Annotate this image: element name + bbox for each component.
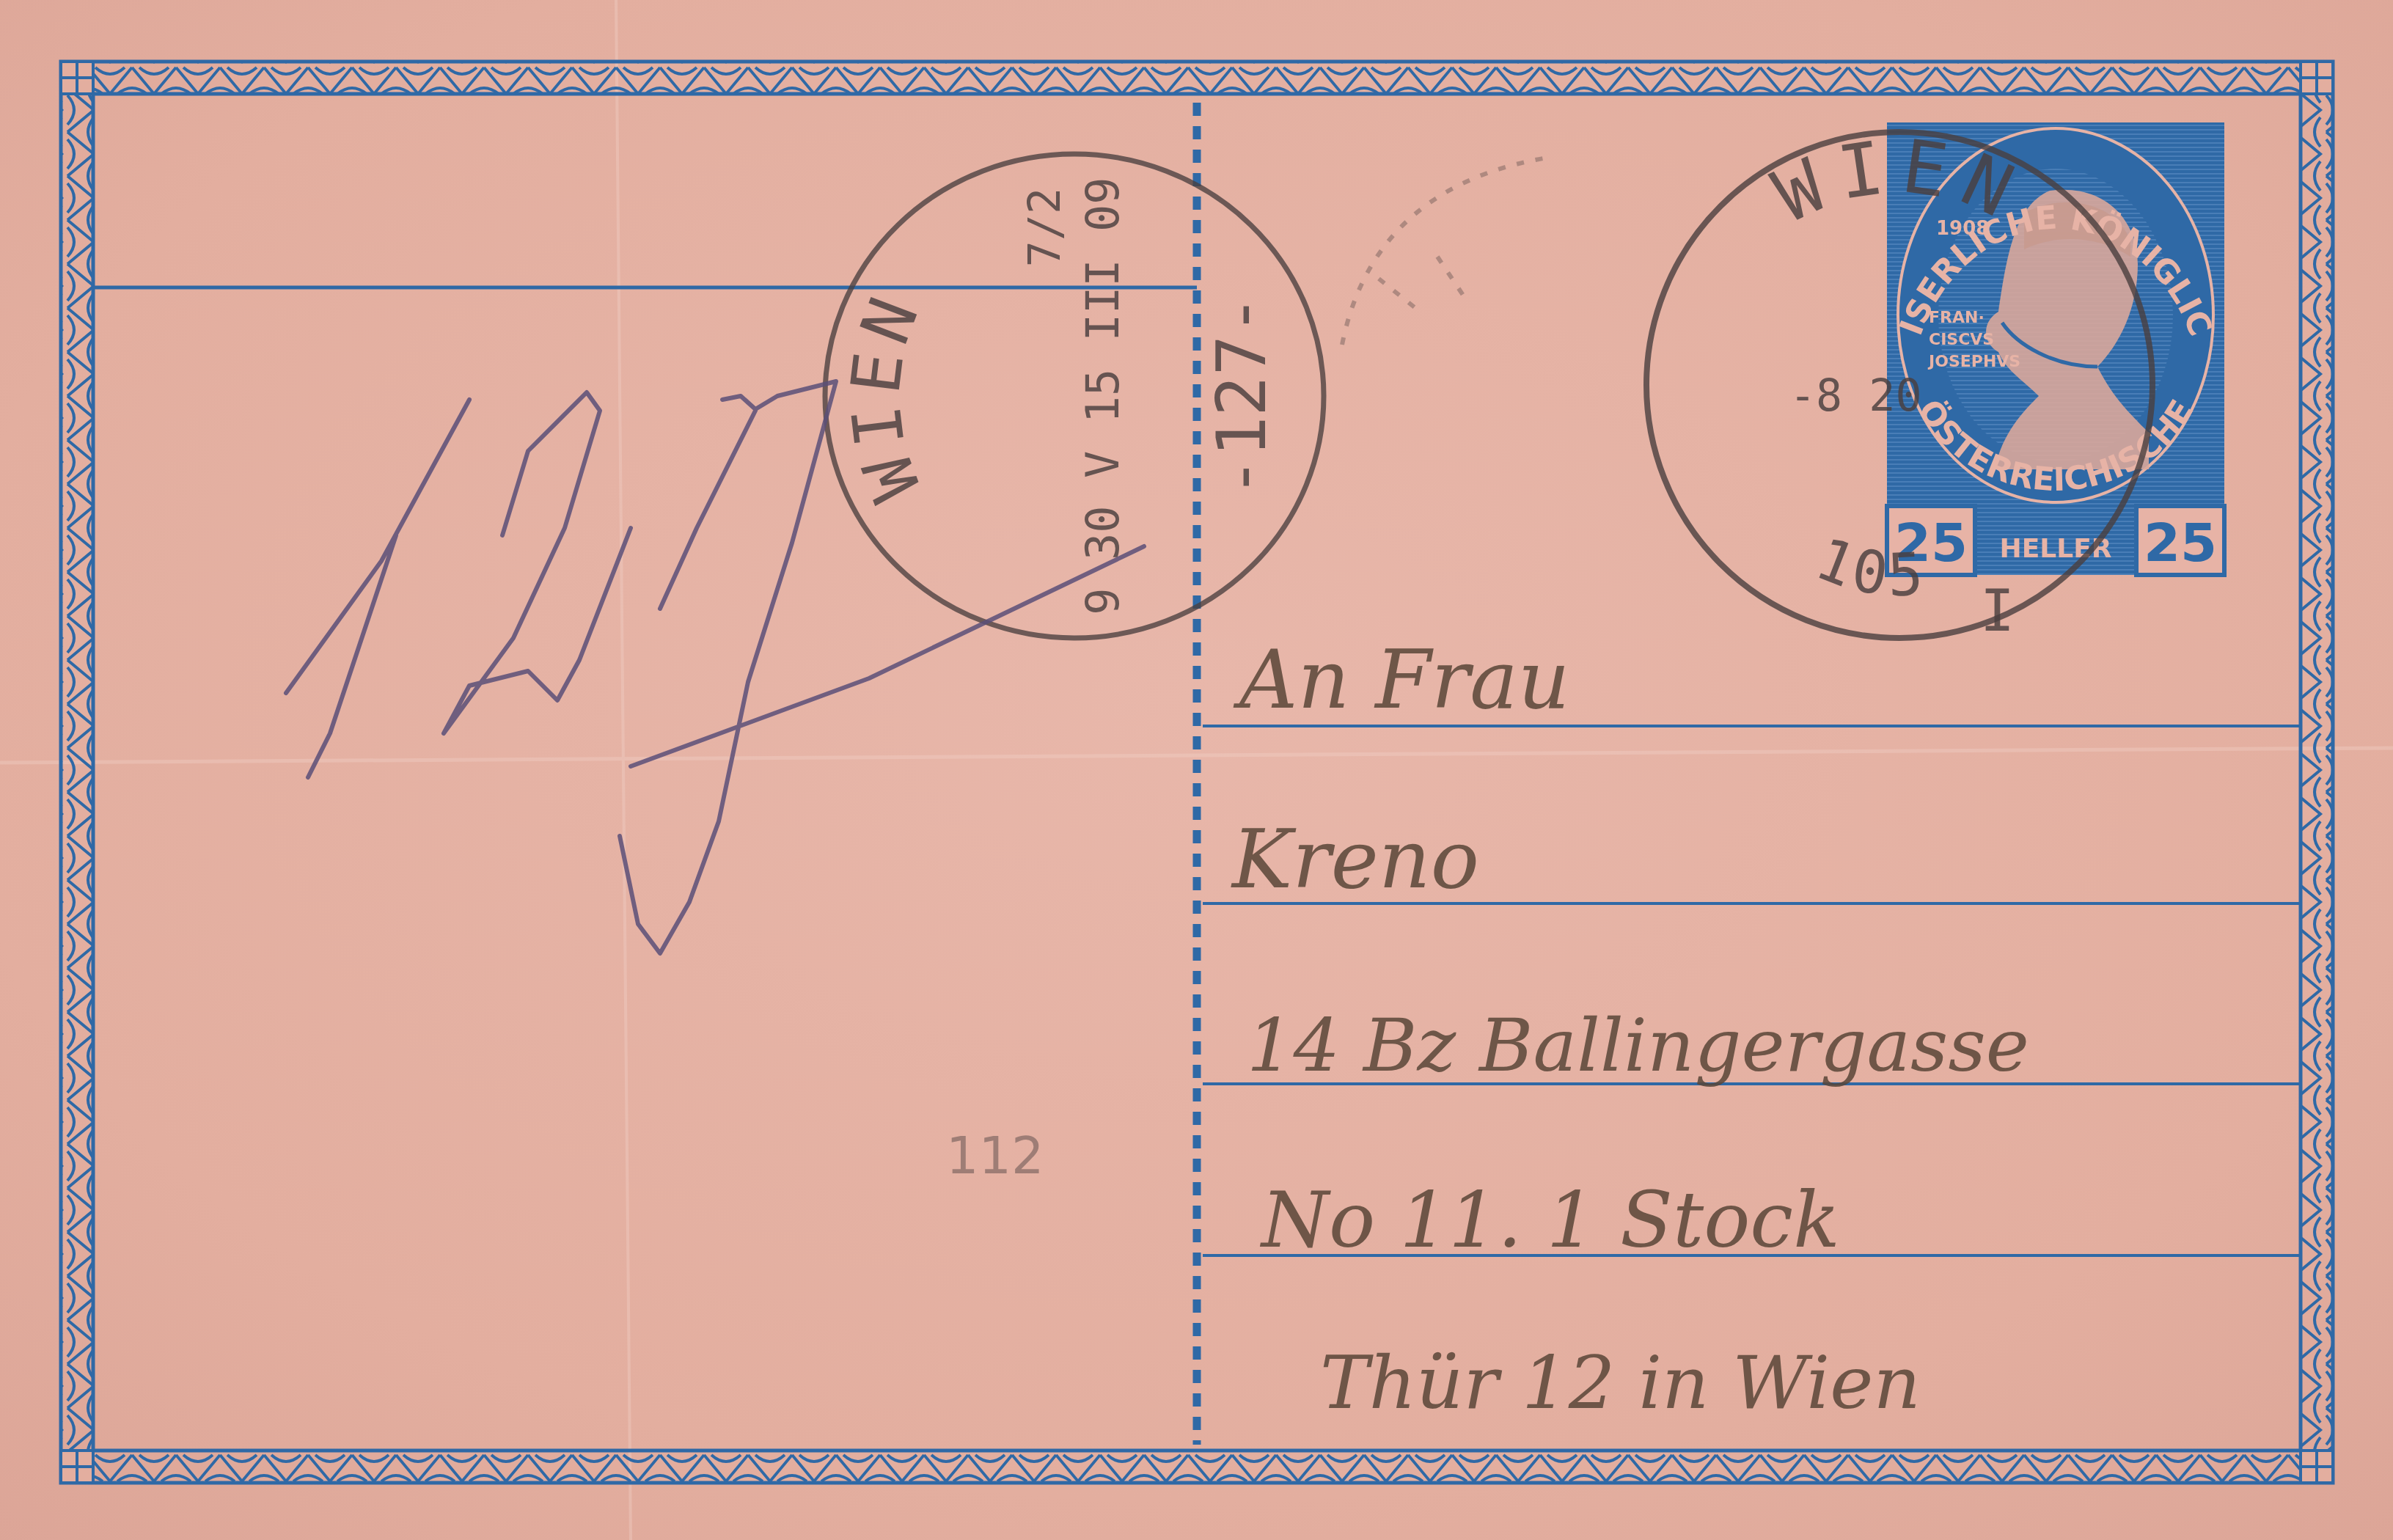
postmark1-date: 9 30 V 15 III 09: [1076, 177, 1129, 615]
address-line-5: Thür 12 in Wien: [1320, 1340, 1921, 1426]
postmark2-time: -8 20: [1789, 370, 1922, 422]
stamp-caption-2: CISCVS: [1929, 331, 1994, 349]
stamp-caption-3: JOSEPHVS: [1927, 353, 2020, 371]
postmark2-suffix: I: [1980, 579, 2015, 645]
address-line-2: Kreno: [1231, 813, 1479, 906]
stamp-caption-1: FRAN·: [1929, 309, 1985, 327]
address-line-3: 14 Bz Ballingergasse: [1247, 1002, 2029, 1088]
postal-card: KAISERLICHE KÖNIGLICHE ÖSTERREICHISCHE 1…: [0, 0, 2393, 1540]
pencil-mark-small: 112: [946, 1126, 1044, 1186]
address-line-4: No 11. 1 Stock: [1259, 1176, 1840, 1265]
postmark1-bottom: -127-: [1203, 295, 1281, 498]
stamp-value-right: 25: [2144, 512, 2217, 573]
address-line-1: An Frau: [1233, 633, 1570, 727]
postmark1-office: 7/2: [1019, 188, 1071, 267]
